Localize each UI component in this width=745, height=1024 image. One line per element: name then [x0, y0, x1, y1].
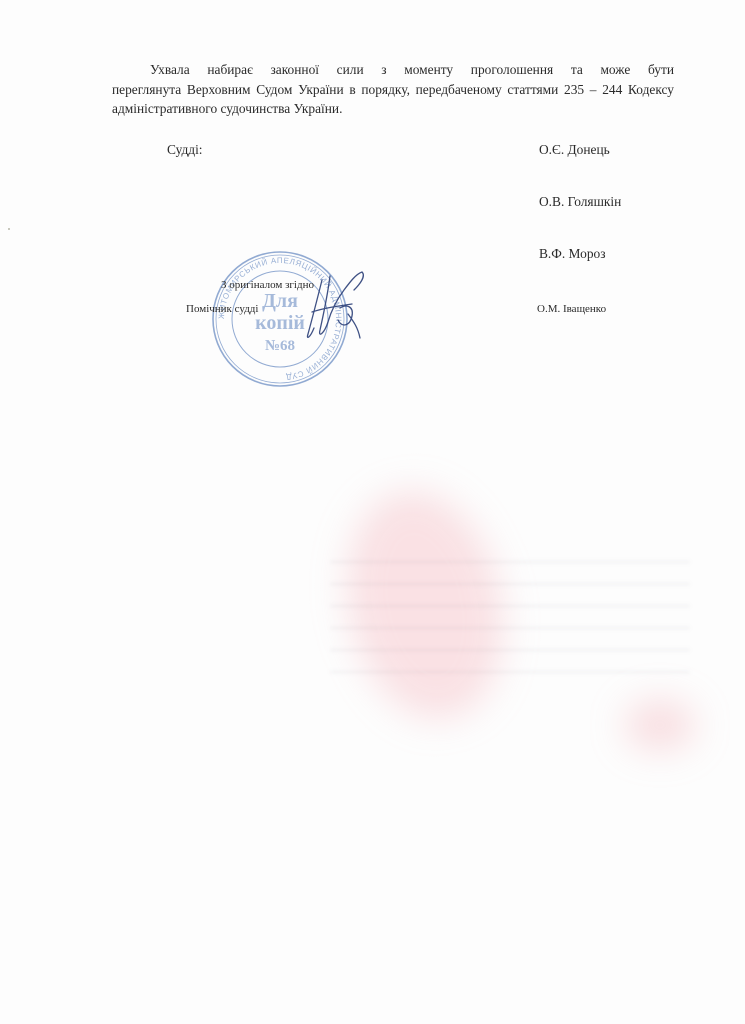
handwritten-signature [300, 268, 370, 348]
judges-label: Судді: [167, 142, 203, 158]
bleed-through-text [330, 560, 690, 692]
ruling-paragraph: Ухвала набирає законної сили з моменту п… [112, 60, 674, 119]
judge-name: О.В. Голяшкін [539, 194, 621, 210]
svg-text:Для: Для [262, 290, 298, 312]
judge-name: О.Є. Донець [539, 142, 610, 158]
assistant-label: Помічник судді [186, 303, 258, 315]
scan-speck [8, 228, 10, 230]
paragraph-first-line: Ухвала набирає законної сили з моменту п… [112, 60, 674, 80]
bleed-through-mark [328, 477, 523, 733]
svg-text:копій: копій [255, 312, 305, 334]
paragraph-rest: переглянута Верховним Судом України в по… [112, 80, 674, 119]
judge-name: В.Ф. Мороз [539, 246, 606, 262]
document-page: Ухвала набирає законної сили з моменту п… [0, 0, 745, 1024]
assistant-name: О.М. Іващенко [537, 303, 606, 315]
svg-text:№68: №68 [265, 338, 295, 354]
bleed-through-mark [625, 700, 695, 750]
